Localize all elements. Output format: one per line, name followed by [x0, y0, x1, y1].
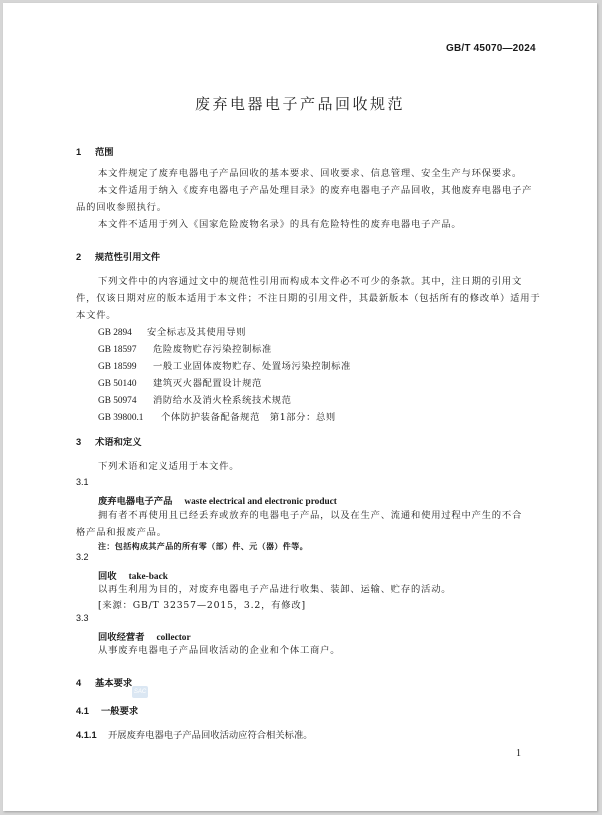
paragraph: 本文件规定了废弃电器电子产品回收的基本要求、回收要求、信息管理、安全生产与环保要…: [98, 165, 522, 182]
reference-title: 个体防护装备配备规范 第1部分：总则: [161, 412, 336, 423]
reference-item: GB 2894安全标志及其使用导则: [98, 324, 246, 338]
term-note: 注：包括构成其产品的所有零（部）件、元（器）件等。: [98, 541, 308, 552]
term-definition-continuation: 格产品和报废产品。: [76, 524, 167, 541]
section-title: 范围: [95, 147, 114, 158]
term-definition: 从事废弃电器电子产品回收活动的企业和个体工商户。: [98, 642, 340, 659]
term-number: 3.2: [76, 552, 89, 562]
clause-number: 4.1.1: [76, 730, 108, 740]
term-heading: 回收take-back: [98, 568, 168, 582]
reference-code: GB 39800.1: [98, 413, 161, 423]
paragraph-continuation: 品的回收参照执行。: [76, 199, 167, 216]
term-source: [来源：GB/T 32357—2015，3.2，有修改]: [98, 597, 306, 614]
paragraph: 本文件不适用于列入《国家危险废物名录》的具有危险特性的废弃电器电子产品。: [98, 216, 462, 233]
clause: 4.1.1开展废弃电器电子产品回收活动应符合相关标准。: [76, 727, 313, 741]
subsection-title: 一般要求: [101, 706, 138, 717]
term-heading: 废弃电器电子产品waste electrical and electronic …: [98, 493, 337, 507]
reference-code: GB 50974: [98, 396, 153, 406]
term-definition: 拥有者不再使用且已经丢弃或放弃的电器电子产品，以及在生产、流通和使用过程中产生的…: [98, 507, 522, 524]
reference-title: 危险废物贮存污染控制标准: [153, 344, 272, 355]
term-number: 3.1: [76, 477, 89, 487]
reference-title: 一般工业固体废物贮存、处置场污染控制标准: [153, 361, 351, 372]
reference-item: GB 18599一般工业固体废物贮存、处置场污染控制标准: [98, 358, 351, 372]
reference-item: GB 50974消防给水及消火栓系统技术规范: [98, 392, 292, 406]
section-1-heading: 1范围: [76, 144, 114, 158]
section-title: 术语和定义: [95, 437, 142, 448]
subsection-heading: 4.1一般要求: [76, 703, 138, 717]
reference-item: GB 18597危险废物贮存污染控制标准: [98, 341, 272, 355]
reference-title: 建筑灭火器配置设计规范: [153, 378, 262, 389]
sac-watermark: SAC: [132, 686, 148, 698]
reference-item: GB 50140建筑灭火器配置设计规范: [98, 375, 262, 389]
document-page: GB/T 45070—2024 废弃电器电子产品回收规范 1范围 本文件规定了废…: [3, 3, 597, 811]
section-number: 4: [76, 678, 95, 688]
page-number: 1: [516, 748, 521, 759]
section-number: 3: [76, 437, 95, 447]
section-number: 2: [76, 252, 95, 262]
reference-title: 消防给水及消火栓系统技术规范: [153, 395, 292, 406]
reference-item: GB 39800.1个体防护装备配备规范 第1部分：总则: [98, 409, 336, 423]
section-title: 规范性引用文件: [95, 252, 160, 263]
reference-code: GB 2894: [98, 328, 147, 338]
paragraph: 本文件适用于纳入《废弃电器电子产品处理目录》的废弃电器电子产品回收，其他废弃电器…: [98, 182, 532, 199]
section-3-heading: 3术语和定义: [76, 434, 142, 448]
term-definition: 以再生利用为目的，对废弃电器电子产品进行收集、装卸、运输、贮存的活动。: [98, 581, 451, 598]
term-zh: 废弃电器电子产品: [98, 496, 172, 507]
section-number: 1: [76, 147, 95, 157]
paragraph: 下列文件中的内容通过文中的规范性引用而构成本文件必不可少的条款。其中，注日期的引…: [98, 273, 522, 290]
standard-code: GB/T 45070—2024: [446, 43, 536, 54]
clause-text: 开展废弃电器电子产品回收活动应符合相关标准。: [108, 730, 313, 741]
paragraph-continuation: 件，仅该日期对应的版本适用于本文件；不注日期的引用文件，其最新版本（包括所有的修…: [76, 290, 540, 307]
section-4-heading: 4基本要求: [76, 675, 132, 689]
paragraph-continuation: 本文件。: [76, 307, 116, 324]
reference-code: GB 18599: [98, 362, 153, 372]
document-title: 废弃电器电子产品回收规范: [3, 93, 597, 114]
section-title: 基本要求: [95, 678, 132, 689]
reference-code: GB 50140: [98, 379, 153, 389]
subsection-number: 4.1: [76, 706, 101, 716]
term-en: waste electrical and electronic product: [184, 497, 337, 507]
term-heading: 回收经营者collector: [98, 629, 191, 643]
term-number: 3.3: [76, 613, 89, 623]
reference-code: GB 18597: [98, 345, 153, 355]
section-2-heading: 2规范性引用文件: [76, 249, 160, 263]
paragraph: 下列术语和定义适用于本文件。: [98, 458, 239, 475]
reference-title: 安全标志及其使用导则: [147, 327, 246, 338]
